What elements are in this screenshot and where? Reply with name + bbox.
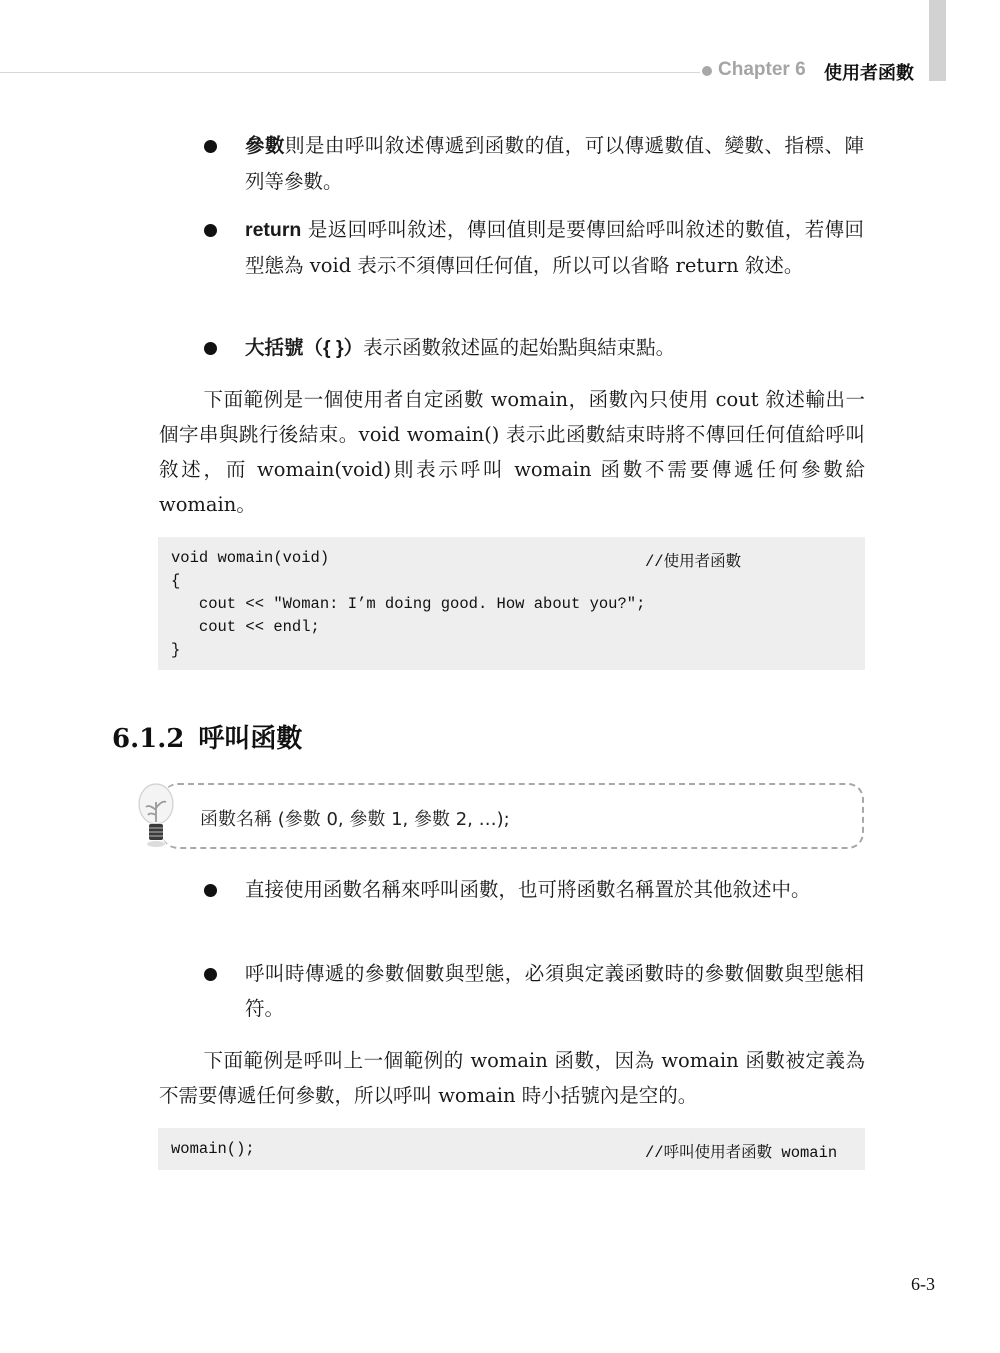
- bullet-item: 直接使用函數名稱來呼叫函數，也可將函數名稱置於其他敘述中。: [204, 872, 864, 907]
- syntax-text: 函數名稱 (參數 0, 參數 1, 參數 2, …);: [200, 805, 510, 831]
- bullet-item: 參數則是由呼叫敘述傳遞到函數的值，可以傳遞數值、變數、指標、陣列等參數。: [204, 128, 864, 199]
- bullet-item: return 是返回呼叫敘述，傳回值則是要傳回給呼叫敘述的數值，若傳回型態為 v…: [204, 212, 864, 283]
- header-rule: [0, 72, 700, 73]
- section-number: 6.1.2: [112, 724, 184, 754]
- code-block: womain(); //呼叫使用者函數 womain: [158, 1128, 865, 1170]
- bullet-dot-icon: [204, 224, 217, 237]
- header-bullet-icon: [702, 66, 712, 76]
- code-line: womain();: [171, 1140, 255, 1158]
- lightbulb-icon: [136, 780, 180, 852]
- bullet-dot-icon: [204, 968, 217, 981]
- code-line: {: [171, 572, 180, 590]
- bullet-term: 大括號（{ }）: [245, 337, 363, 359]
- chapter-label: Chapter 6: [718, 59, 806, 81]
- body-paragraph: 下面範例是呼叫上一個範例的 womain 函數，因為 womain 函數被定義為…: [159, 1043, 865, 1113]
- bullet-text: 直接使用函數名稱來呼叫函數，也可將函數名稱置於其他敘述中。: [245, 872, 864, 907]
- bullet-text: 則是由呼叫敘述傳遞到函數的值，可以傳遞數值、變數、指標、陣列等參數。: [245, 134, 864, 193]
- code-comment: //呼叫使用者函數 womain: [645, 1140, 837, 1162]
- bullet-dot-icon: [204, 884, 217, 897]
- bullet-term: return: [245, 219, 301, 241]
- code-line: }: [171, 641, 180, 659]
- section-title: 呼叫函數: [198, 724, 302, 754]
- code-comment: //使用者函數: [645, 549, 741, 571]
- paragraph-text: 下面範例是一個使用者自定函數 womain，函數內只使用 cout 敘述輸出一個…: [159, 388, 865, 516]
- section-heading: 6.1.2呼叫函數: [112, 718, 302, 755]
- bullet-text: 是返回呼叫敘述，傳回值則是要傳回給呼叫敘述的數值，若傳回型態為 void 表示不…: [245, 218, 864, 277]
- bullet-item: 大括號（{ }）表示函數敘述區的起始點與結束點。: [204, 330, 864, 366]
- bullet-text: 表示函數敘述區的起始點與結束點。: [363, 336, 675, 359]
- bullet-item: 呼叫時傳遞的參數個數與型態，必須與定義函數時的參數個數與型態相符。: [204, 956, 864, 1026]
- code-line: cout << endl;: [171, 618, 320, 636]
- chapter-tab-marker: [929, 0, 946, 81]
- code-block: void womain(void) //使用者函數 { cout << "Wom…: [158, 537, 865, 670]
- bullet-term: 參數: [245, 135, 285, 157]
- code-line: void womain(void): [171, 549, 329, 567]
- code-line: cout << "Woman: I’m doing good. How abou…: [171, 595, 645, 613]
- paragraph-text: 下面範例是呼叫上一個範例的 womain 函數，因為 womain 函數被定義為…: [159, 1049, 865, 1107]
- bullet-dot-icon: [204, 342, 217, 355]
- chapter-title: 使用者函數: [824, 59, 914, 85]
- page-number: 6-3: [911, 1274, 935, 1295]
- bullet-dot-icon: [204, 140, 217, 153]
- body-paragraph: 下面範例是一個使用者自定函數 womain，函數內只使用 cout 敘述輸出一個…: [159, 382, 865, 522]
- bullet-text: 呼叫時傳遞的參數個數與型態，必須與定義函數時的參數個數與型態相符。: [245, 956, 864, 1026]
